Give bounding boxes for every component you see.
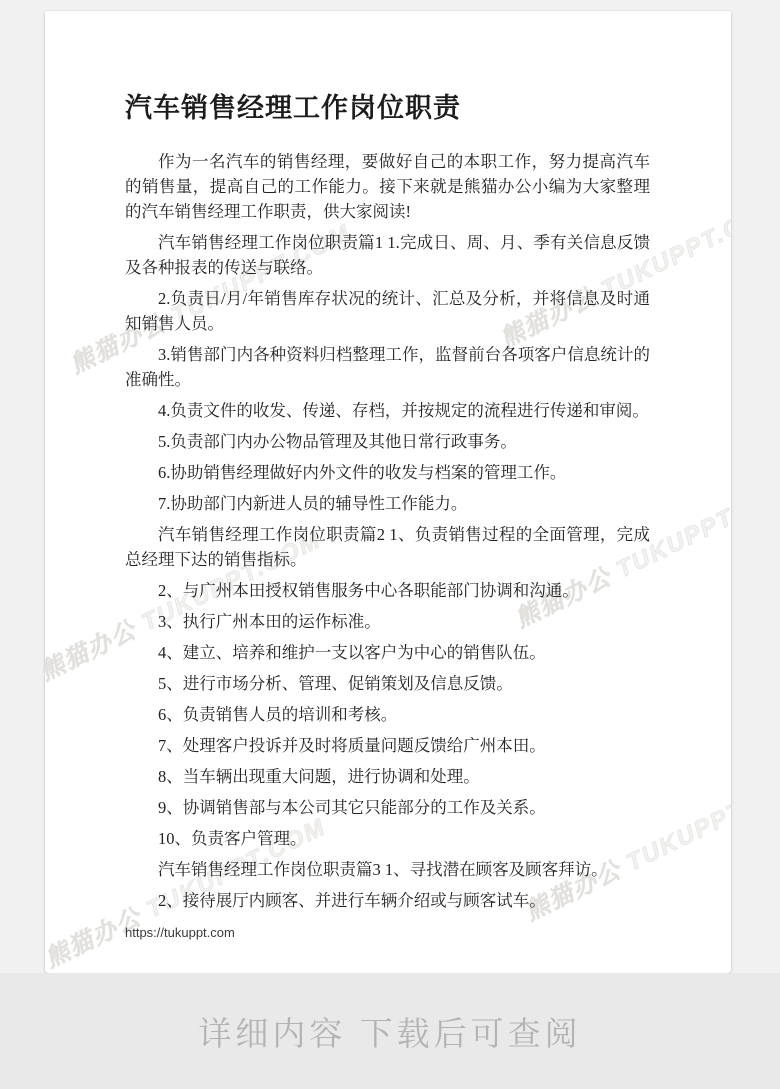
doc-paragraph: 3.销售部门内各种资料归档整理工作，监督前台各项客户信息统计的准确性。 [125,342,650,392]
doc-paragraph: 7、处理客户投诉并及时将质量问题反馈给广州本田。 [125,733,650,758]
doc-paragraph: 4、建立、培养和维护一支以客户为中心的销售队伍。 [125,640,650,665]
download-hint-text: 详细内容 下载后可查阅 [198,1008,581,1055]
document-content: 汽车销售经理工作岗位职责 作为一名汽车的销售经理，要做好自己的本职工作，努力提高… [45,11,731,942]
doc-paragraph: 10、负责客户管理。 [125,826,650,851]
doc-paragraph: 2、与广州本田授权销售服务中心各职能部门协调和沟通。 [125,578,650,603]
doc-paragraph: 汽车销售经理工作岗位职责篇2 1、负责销售过程的全面管理，完成总经理下达的销售指… [125,522,650,572]
doc-paragraphs: 作为一名汽车的销售经理，要做好自己的本职工作，努力提高汽车的销售量，提高自己的工… [125,149,650,913]
doc-paragraph: 2.负责日/月/年销售库存状况的统计、汇总及分析，并将信息及时通知销售人员。 [125,286,650,336]
doc-paragraph: 4.负责文件的收发、传递、存档，并按规定的流程进行传递和审阅。 [125,398,650,423]
doc-paragraph: 9、协调销售部与本公司其它只能部分的工作及关系。 [125,795,650,820]
doc-paragraph: 6、负责销售人员的培训和考核。 [125,702,650,727]
document-title: 汽车销售经理工作岗位职责 [125,91,650,125]
document-page: 熊猫办公 TUKUPPT.COM熊猫办公 TUKUPPT.COM熊猫办公 TUK… [45,11,731,973]
doc-paragraph: 作为一名汽车的销售经理，要做好自己的本职工作，努力提高汽车的销售量，提高自己的工… [125,149,650,224]
doc-paragraph: 汽车销售经理工作岗位职责篇3 1、寻找潜在顾客及顾客拜访。 [125,857,650,882]
doc-paragraph: 8、当车辆出现重大问题，进行协调和处理。 [125,764,650,789]
doc-paragraph: 5、进行市场分析、管理、促销策划及信息反馈。 [125,671,650,696]
doc-paragraph: 6.协助销售经理做好内外文件的收发与档案的管理工作。 [125,460,650,485]
doc-paragraph: 7.协助部门内新进人员的辅导性工作能力。 [125,491,650,516]
download-hint-bar: 详细内容 下载后可查阅 [0,973,780,1089]
doc-paragraph: 3、执行广州本田的运作标准。 [125,609,650,634]
preview-page: { "document": { "title": "汽车销售经理工作岗位职责",… [0,0,780,1089]
doc-paragraph: 汽车销售经理工作岗位职责篇1 1.完成日、周、月、季有关信息反馈及各种报表的传送… [125,230,650,280]
doc-paragraph: 5.负责部门内办公物品管理及其他日常行政事务。 [125,429,650,454]
source-link[interactable]: https://tukuppt.com [125,925,235,940]
doc-paragraph: 2、接待展厅内顾客、并进行车辆介绍或与顾客试车。 [125,888,650,913]
